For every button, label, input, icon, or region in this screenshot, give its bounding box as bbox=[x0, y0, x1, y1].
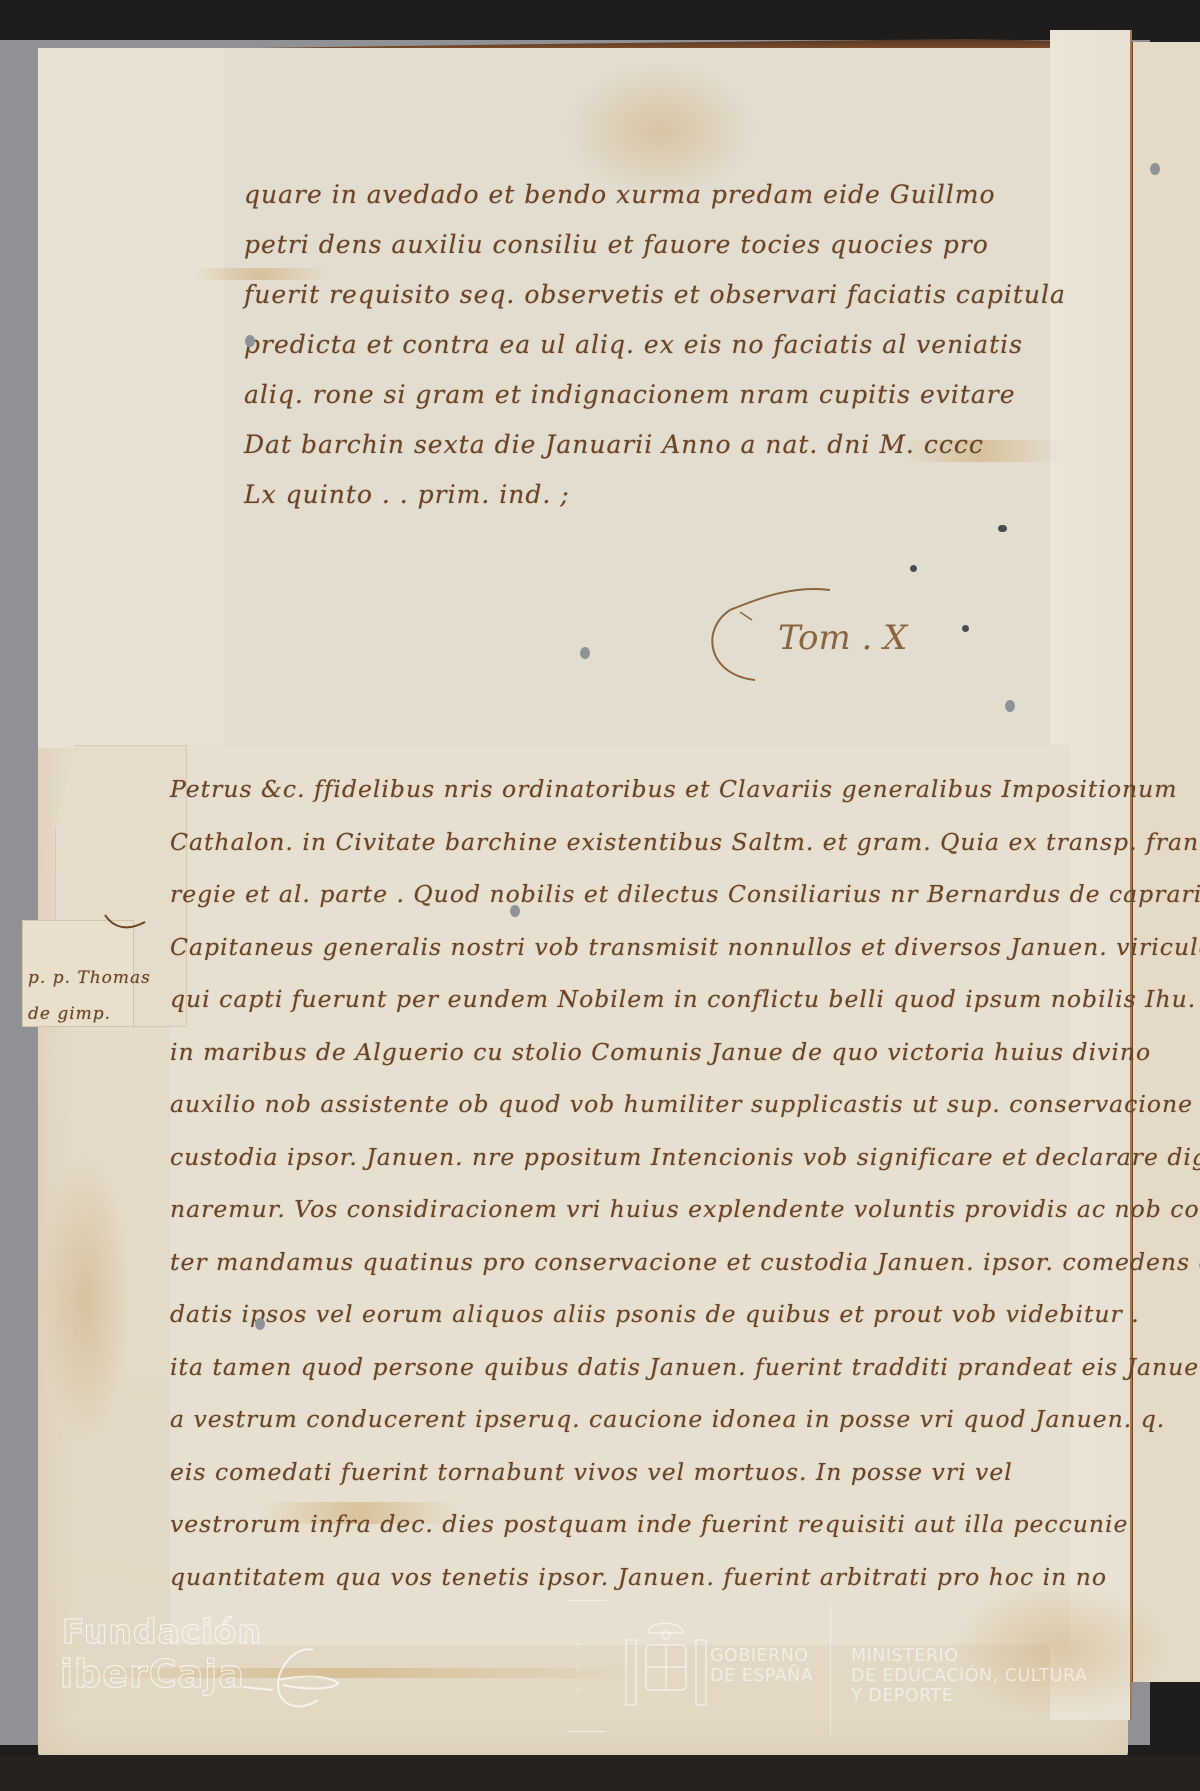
manuscript-line: Capitaneus generalis nostri vob transmis… bbox=[170, 921, 1200, 974]
manuscript-line: in maribus de Alguerio cu stolio Comunis… bbox=[170, 1026, 1200, 1079]
manuscript-line: custodia ipsor. Januen. nre ppositum Int… bbox=[170, 1131, 1200, 1184]
manuscript-line: qui capti fuerunt per eundem Nobilem in … bbox=[170, 973, 1200, 1026]
manuscript-line: quantitatem qua vos tenetis ipsor. Janue… bbox=[170, 1551, 1200, 1604]
wax-speck bbox=[1005, 700, 1015, 712]
wax-speck bbox=[255, 1318, 265, 1330]
manuscript-line: predicta et contra ea ul aliq. ex eis no… bbox=[244, 320, 1066, 370]
margin-note-line: p. p. Thomas bbox=[28, 960, 151, 996]
ministry-line3: Y DEPORTE bbox=[851, 1686, 1087, 1706]
ibercaja-watermark-line1: Fundación bbox=[62, 1612, 262, 1651]
margin-note-line: de gimp. bbox=[28, 996, 151, 1032]
ibercaja-swoosh-icon bbox=[243, 1645, 353, 1715]
manuscript-line: datis ipsos vel eorum aliquos aliis pson… bbox=[170, 1288, 1200, 1341]
ink-dot bbox=[1000, 525, 1007, 532]
ministry-line1: MINISTERIO bbox=[851, 1646, 1087, 1666]
ministry-watermark: MINISTERIO DE EDUCACIÓN, CULTURA Y DEPOR… bbox=[851, 1646, 1087, 1706]
wax-speck bbox=[245, 335, 255, 347]
manuscript-line: naremur. Vos considiracionem vri huius e… bbox=[170, 1183, 1200, 1236]
upper-text-block: quare in avedado et bendo xurma predam e… bbox=[244, 170, 1066, 520]
scan-background-bottom bbox=[0, 1755, 1200, 1791]
ink-dot bbox=[910, 565, 917, 572]
water-stain bbox=[40, 1150, 130, 1450]
signature: Tom . X bbox=[700, 580, 1000, 690]
manuscript-line: Lx quinto . . prim. ind. ; bbox=[244, 470, 1066, 520]
manuscript-line: ter mandamus quatinus pro conservacione … bbox=[170, 1236, 1200, 1289]
margin-bracket-icon bbox=[100, 910, 150, 935]
manuscript-line: Petrus &c. ffidelibus nris ordinatoribus… bbox=[170, 763, 1200, 816]
watermark-divider bbox=[830, 1605, 831, 1735]
manuscript-line: petri dens auxiliu consiliu et fauore to… bbox=[244, 220, 1066, 270]
lower-text-block: Petrus &c. ffidelibus nris ordinatoribus… bbox=[170, 763, 1200, 1603]
government-watermark: GOBIERNO DE ESPAÑA bbox=[710, 1646, 813, 1686]
manuscript-line: regie et al. parte . Quod nobilis et dil… bbox=[170, 868, 1200, 921]
manuscript-line: quare in avedado et bendo xurma predam e… bbox=[244, 170, 1066, 220]
wax-speck bbox=[1150, 163, 1160, 175]
government-line1: GOBIERNO bbox=[710, 1646, 813, 1666]
manuscript-line: Dat barchin sexta die Januarii Anno a na… bbox=[244, 420, 1066, 470]
signature-text: Tom . X bbox=[778, 618, 907, 658]
manuscript-line: auxilio nob assistente ob quod vob humil… bbox=[170, 1078, 1200, 1131]
manuscript-line: Cathalon. in Civitate barchine existenti… bbox=[170, 816, 1200, 869]
manuscript-line: fuerit requisito seq. observetis et obse… bbox=[244, 270, 1066, 320]
margin-note: p. p. Thomas de gimp. bbox=[28, 960, 151, 1032]
ink-dot bbox=[962, 625, 969, 632]
wax-speck bbox=[580, 647, 590, 659]
manuscript-line: eis comedati fuerint tornabunt vivos vel… bbox=[170, 1446, 1200, 1499]
manuscript-line: ita tamen quod persone quibus datis Janu… bbox=[170, 1341, 1200, 1394]
spain-coat-of-arms-icon bbox=[618, 1615, 713, 1715]
left-repair-strip bbox=[38, 48, 225, 748]
wax-speck bbox=[510, 905, 520, 917]
manuscript-line: aliq. rone si gram et indignacionem nram… bbox=[244, 370, 1066, 420]
ibercaja-watermark-line2: iberCaja bbox=[60, 1652, 245, 1696]
ministry-line2: DE EDUCACIÓN, CULTURA bbox=[851, 1666, 1087, 1686]
manuscript-line: a vestrum conducerent ipseruq. caucione … bbox=[170, 1393, 1200, 1446]
spain-flag-strip-icon: ☆ ☆ ☆ bbox=[568, 1600, 606, 1732]
government-line2: DE ESPAÑA bbox=[710, 1666, 813, 1686]
manuscript-line: vestrorum infra dec. dies postquam inde … bbox=[170, 1498, 1200, 1551]
